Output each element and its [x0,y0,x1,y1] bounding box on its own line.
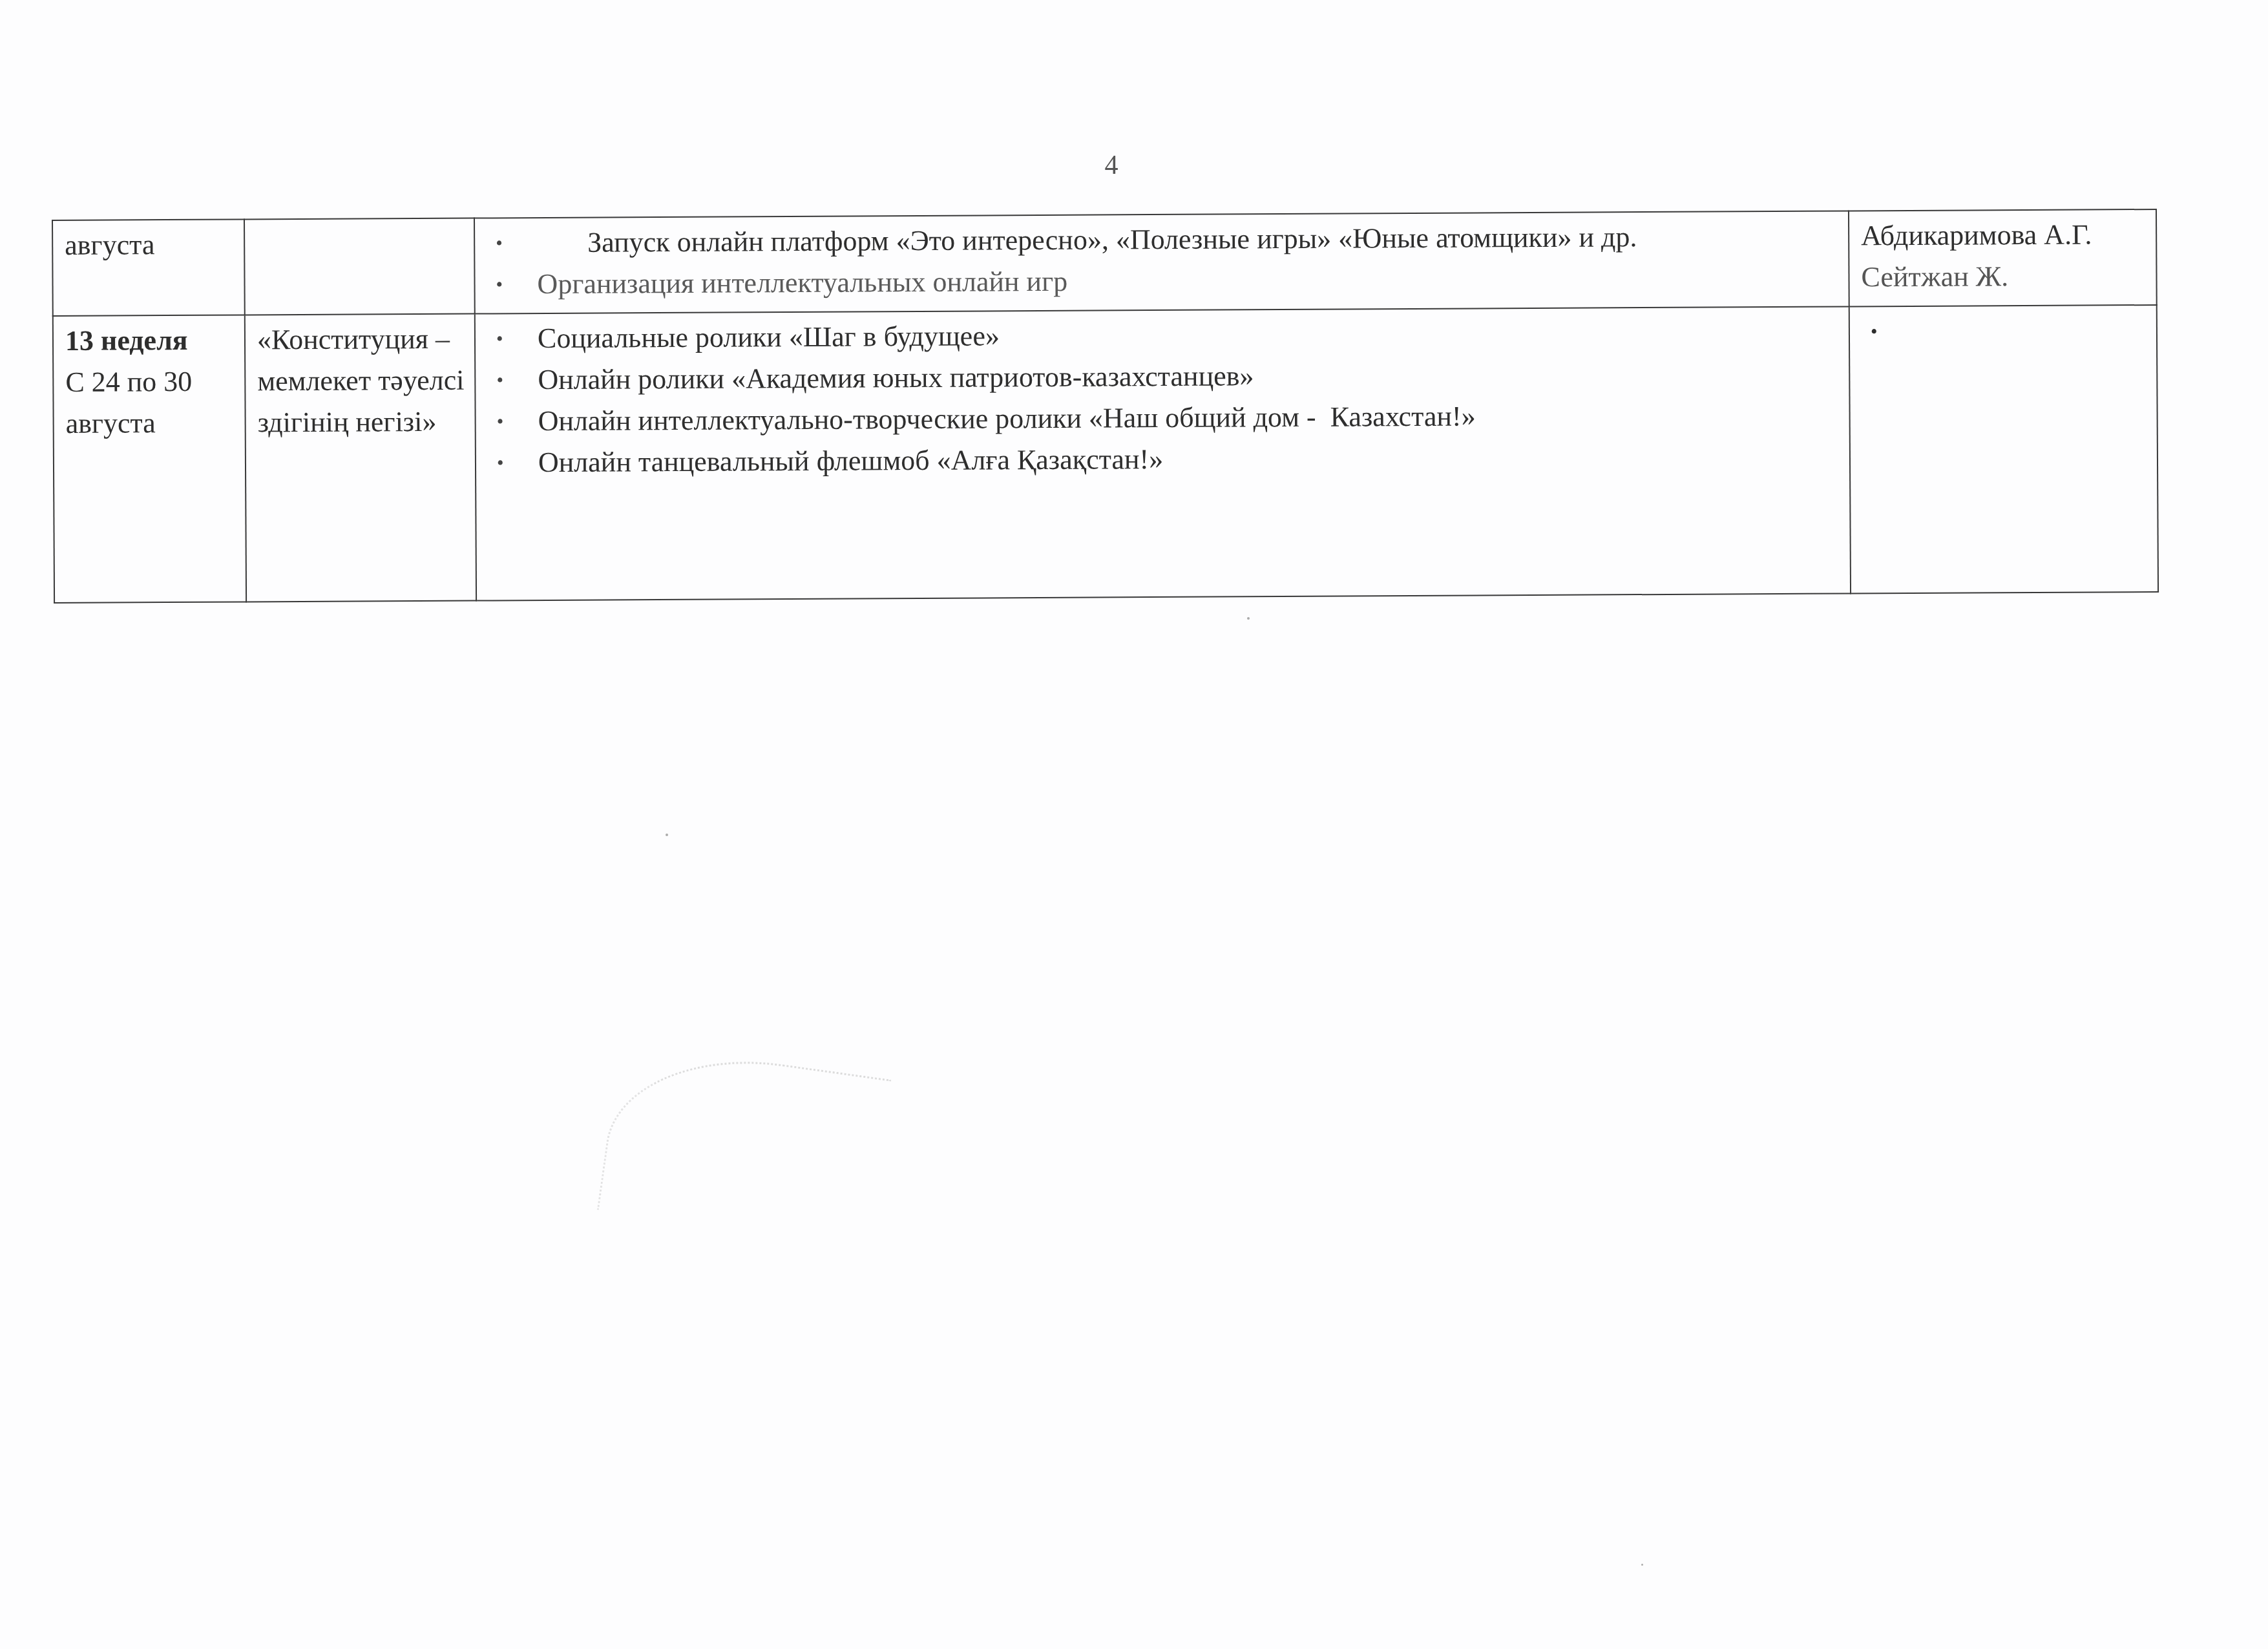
activities-list: Социальные ролики «Шаг в будущее» Онлайн… [487,311,1842,484]
theme-cell [244,218,475,315]
theme-cell: «Конституция – мемлекет тәуелсіздігінің … [245,314,476,602]
week-dates: августа [65,224,236,266]
activity-item: Онлайн интеллектуально-творческие ролики… [487,394,1841,443]
responsible-cell: Абдикаримова А.Г. Сейтжан Ж. [1849,209,2157,306]
scan-speck [666,834,668,836]
week-cell: 13 неделя С 24 по 30 августа [53,315,246,603]
activity-item: Социальные ролики «Шаг в будущее» [487,311,1841,360]
scan-speck [1247,617,1250,620]
activity-item: Онлайн танцевальный флешмоб «Алға Қазақс… [488,436,1842,484]
scan-artifact [597,1042,891,1248]
week-cell: августа [52,219,245,316]
activity-item: Онлайн ролики «Академия юных патриотов-к… [487,353,1841,401]
table-row: августа Запуск онлайн платформ «Это инте… [52,209,2157,316]
scan-speck [1641,1564,1643,1566]
activities-cell: Запуск онлайн платформ «Это интересно», … [474,211,1849,313]
activities-cell: Социальные ролики «Шаг в будущее» Онлайн… [475,306,1851,600]
activity-item: Организация интеллектуальных онлайн игр [487,257,1840,306]
activities-list: Запуск онлайн платформ «Это интересно», … [487,216,1841,306]
schedule-table: августа Запуск онлайн платформ «Это инте… [52,209,2159,604]
activity-item: Запуск онлайн платформ «Это интересно», … [487,216,1840,264]
week-dates: С 24 по 30 августа [65,361,237,445]
responsible-cell: · [1849,305,2158,593]
bullet-marker: · [1862,310,2148,352]
page-number: 4 [1098,150,1124,181]
responsible-person: Абдикаримова А.Г. [1861,214,2148,257]
table-row: 13 неделя С 24 по 30 августа «Конституци… [53,305,2158,603]
week-title: 13 неделя [65,320,236,362]
responsible-person: Сейтжан Ж. [1861,255,2148,298]
